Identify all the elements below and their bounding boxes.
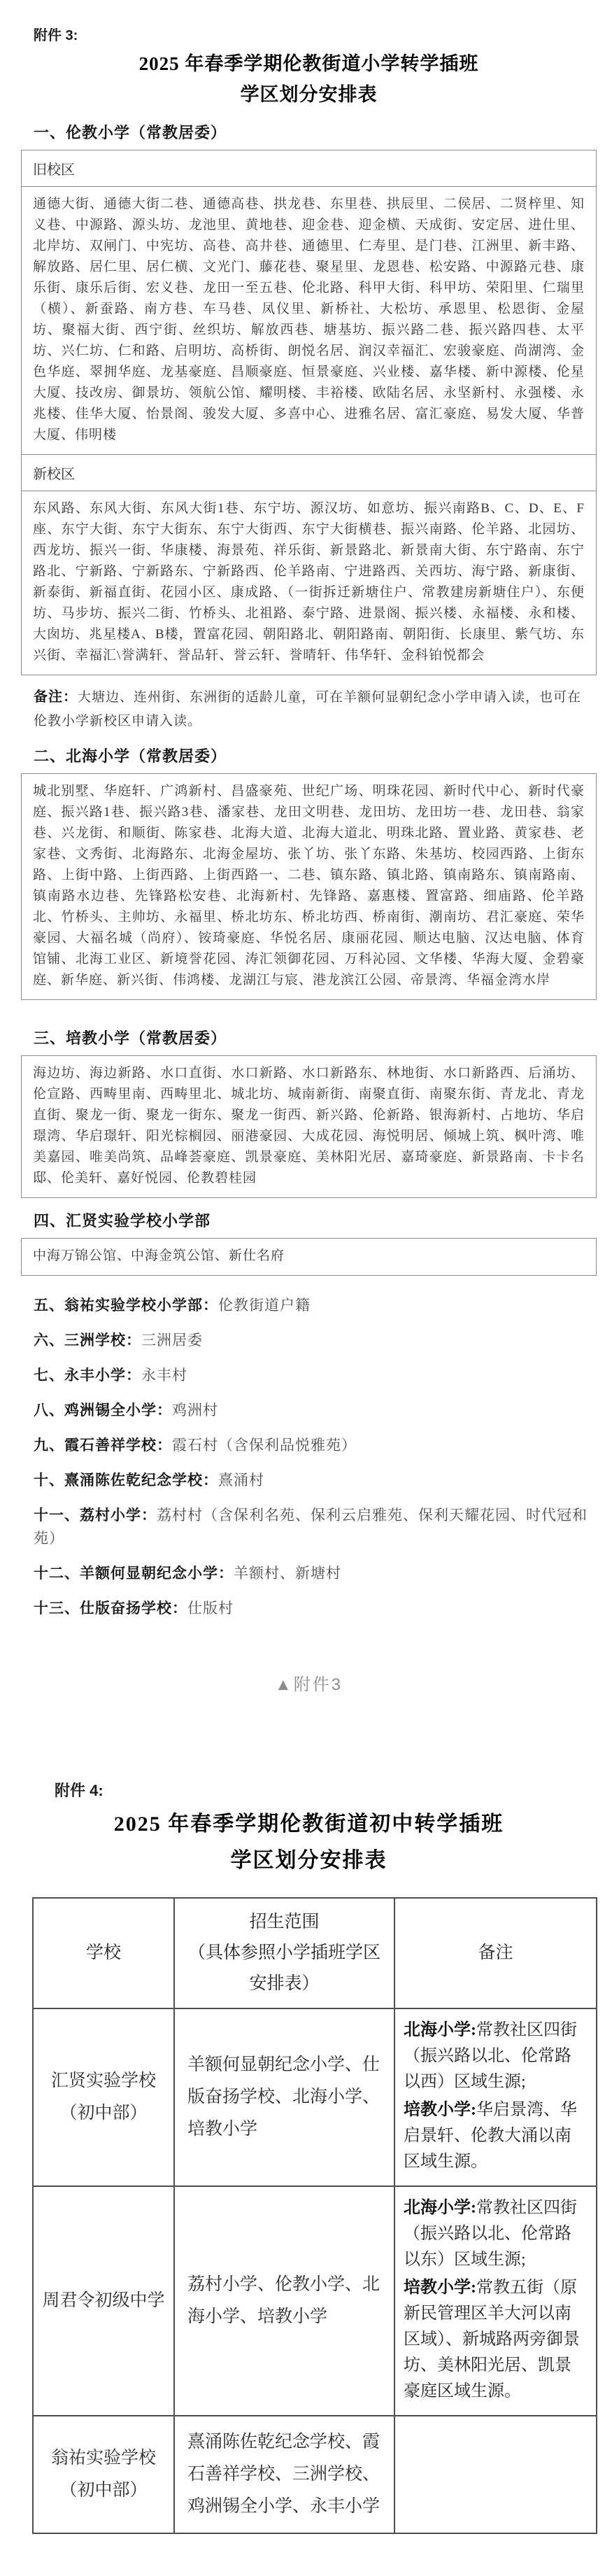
section1-note: 备注：大塘边、连州街、东洲街的适龄儿童，可在羊额何显朝纪念小学申请入读，也可在伦… [34,685,594,733]
list-item: 六、三洲学校：三洲居委 [34,1329,597,1352]
section1-note-label: 备注： [34,689,78,705]
remark-school-label: 培教小学: [404,2101,476,2119]
list-item-value: 三洲居委 [141,1332,203,1349]
section3-heading: 三、培教小学（常教居委） [34,1027,597,1048]
list-item-label: 十、熹涌陈佐乾纪念学校： [34,1472,218,1488]
list-item-value: 熹涌村 [218,1472,264,1488]
range-cell: 熹涌陈佐乾纪念学校、霞石善祥学校、三洲学校、鸡洲锡全小学、永丰小学 [174,2416,394,2533]
section1-new-campus-text: 东风路、东风大街、东风大街1巷、东宁坊、源汉坊、如意坊、振兴南路B、C、D、E、… [22,491,596,675]
list-item-value: 霞石村（含保利品悦雅苑） [172,1437,357,1454]
list-item: 十二、羊额何显朝纪念小学：羊额村、新塘村 [34,1562,597,1585]
school-cell: 周君令初级中学 [33,2186,174,2416]
attachment4-title-line1: 2025 年春季学期伦教街道初中转学插班 [21,1806,597,1843]
list-item-label: 十三、仕版奋扬学校： [34,1600,187,1617]
table-row: 周君令初级中学 荔村小学、伦教小学、北海小学、培教小学 北海小学:常教社区四街（… [33,2186,597,2416]
spacer [21,1000,597,1015]
remark-paragraph: 培教小学:常教五街（原新民管理区羊大河以南区域）、新城路两旁御景坊、美林阳光居、… [404,2275,588,2405]
section1-old-campus-label: 旧校区 [22,150,596,187]
table-row: 汇贤实验学校 （初中部） 羊额何显朝纪念小学、仕版奋扬学校、北海小学、培教小学 … [33,2008,597,2186]
list-item: 五、翁祐实验学校小学部：伦教街道户籍 [34,1294,597,1317]
section1-new-campus-label: 新校区 [22,454,596,491]
attachment3-title: 2025 年春季学期伦教街道小学转学插班 学区划分安排表 [21,48,597,110]
section4-heading: 四、汇贤实验学校小学部 [34,1209,597,1231]
remark-cell: 北海小学:常教社区四街（振兴路以北、伦常路以西）区域生源; 培教小学:华启景湾、… [394,2008,597,2186]
school-cell: 翁祐实验学校 （初中部） [33,2416,174,2533]
attachment3-title-line2: 学区划分安排表 [21,79,597,110]
attachment4-title-line2: 学区划分安排表 [21,1843,597,1879]
list-item-value: 永丰村 [141,1367,187,1384]
list-item: 九、霞石善祥学校：霞石村（含保利品悦雅苑） [34,1434,597,1457]
section4-text: 中海万锦公馆、中海金筑公馆、新仕名府 [22,1239,596,1275]
section2-heading: 二、北海小学（常教居委） [34,745,597,766]
list-item: 十三、仕版奋扬学校：仕版村 [34,1597,597,1620]
remark-paragraph: 北海小学:常教社区四街（振兴路以北、伦常路以东）区域生源; [404,2195,588,2273]
list-item-label: 九、霞石善祥学校： [34,1437,172,1454]
list-item-label: 十一、荔村小学： [34,1507,157,1523]
remark-school-label: 北海小学: [404,2021,476,2039]
list-item-label: 八、鸡洲锡全小学： [34,1402,172,1419]
list-item: 十、熹涌陈佐乾纪念学校：熹涌村 [34,1469,597,1492]
list-item-value: 羊额村、新塘村 [234,1565,341,1582]
section1-heading: 一、伦教小学（常教居委） [34,121,597,143]
section1-old-campus-text: 通德大街、通德大街二巷、通德高巷、拱龙巷、东里巷、拱辰里、二侯居、二贤梓里、知义… [22,187,596,454]
range-cell: 荔村小学、伦教小学、北海小学、培教小学 [174,2186,394,2416]
section2-box: 城北别墅、华庭轩、广鸿新村、昌盛豪苑、世纪广场、明珠花园、新时代中心、新时代豪庭… [21,773,597,1000]
document-page: 附件 3: 2025 年春季学期伦教街道小学转学插班 学区划分安排表 一、伦教小… [0,0,612,2576]
list-item: 七、永丰小学：永丰村 [34,1364,597,1387]
attachment3-document: 附件 3: 2025 年春季学期伦教街道小学转学插班 学区划分安排表 一、伦教小… [21,24,597,1695]
list-item-value: 伦教街道户籍 [218,1297,311,1314]
list-item-label: 七、永丰小学： [34,1367,141,1384]
range-cell: 羊额何显朝纪念小学、仕版奋扬学校、北海小学、培教小学 [174,2008,394,2186]
attachment4-document: 附件 4: 2025 年春季学期伦教街道初中转学插班 学区划分安排表 学校 招生… [21,1779,597,2534]
list-item: 八、鸡洲锡全小学：鸡洲村 [34,1399,597,1422]
header-range: 招生范围 （具体参照小学插班学区 安排表） [174,1898,394,2008]
section2-text: 城北别墅、华庭轩、广鸿新村、昌盛豪苑、世纪广场、明珠花园、新时代中心、新时代豪庭… [22,774,596,999]
section3-text: 海边坊、海边新路、水口直街、水口新路、水口新路东、林地街、水口新路西、后涌坊、伦… [22,1056,596,1197]
attachment4-label: 附件 4: [55,1779,597,1801]
remark-paragraph: 北海小学:常教社区四街（振兴路以北、伦常路以西）区域生源; [404,2018,588,2095]
header-school: 学校 [33,1898,174,2008]
remark-text: 常教五街（原新民管理区羊大河以南区域）、新城路两旁御景坊、美林阳光居、凯景豪庭区… [404,2279,580,2400]
header-remark: 备注 [394,1898,597,2008]
school-list: 五、翁祐实验学校小学部：伦教街道户籍 六、三洲学校：三洲居委 七、永丰小学：永丰… [34,1294,597,1620]
attachment3-caption: ▲附件3 [21,1670,597,1695]
remark-school-label: 培教小学: [404,2279,476,2297]
remark-cell-empty [394,2416,597,2533]
list-item: 十一、荔村小学：荔村村（含保利名苑、保利云启雅苑、保利天耀花园、时代冠和苑） [34,1504,597,1550]
remark-school-label: 北海小学: [404,2199,476,2217]
section4-box: 中海万锦公馆、中海金筑公馆、新仕名府 [21,1238,597,1276]
section1-box: 旧校区 通德大街、通德大街二巷、通德高巷、拱龙巷、东里巷、拱辰里、二侯居、二贤梓… [21,150,597,675]
section1-note-text: 大塘边、连州街、东洲街的适龄儿童，可在羊额何显朝纪念小学申请入读，也可在伦教小学… [34,690,581,729]
district-table: 学校 招生范围 （具体参照小学插班学区 安排表） 备注 汇贤实验学校 （初中部）… [32,1897,597,2534]
table-row: 翁祐实验学校 （初中部） 熹涌陈佐乾纪念学校、霞石善祥学校、三洲学校、鸡洲锡全小… [33,2416,597,2533]
list-item-label: 六、三洲学校： [34,1332,141,1349]
table-header-row: 学校 招生范围 （具体参照小学插班学区 安排表） 备注 [33,1898,597,2008]
attachment3-title-line1: 2025 年春季学期伦教街道小学转学插班 [21,48,597,79]
section3-box: 海边坊、海边新路、水口直街、水口新路、水口新路东、林地街、水口新路西、后涌坊、伦… [21,1055,597,1198]
list-item-label: 十二、羊额何显朝纪念小学： [34,1565,234,1582]
attachment4-title: 2025 年春季学期伦教街道初中转学插班 学区划分安排表 [21,1806,597,1879]
remark-cell: 北海小学:常教社区四街（振兴路以北、伦常路以东）区域生源; 培教小学:常教五街（… [394,2186,597,2416]
school-cell: 汇贤实验学校 （初中部） [33,2008,174,2186]
list-item-value: 鸡洲村 [172,1402,218,1419]
attachment3-label: 附件 3: [34,24,597,44]
remark-paragraph: 培教小学:华启景湾、华启景轩、伦教大涌以南区域生源。 [404,2097,588,2175]
list-item-label: 五、翁祐实验学校小学部： [34,1297,218,1314]
list-item-value: 仕版村 [187,1600,234,1617]
